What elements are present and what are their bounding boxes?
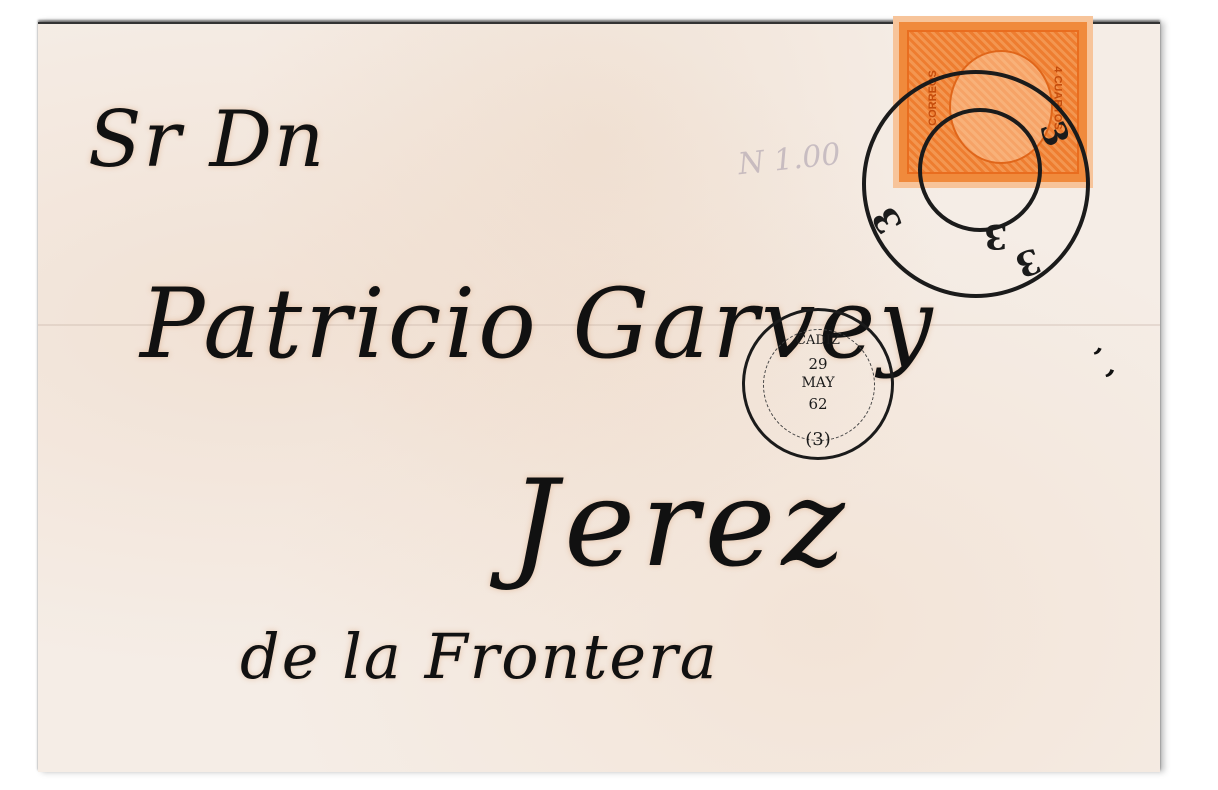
date-postmark: CADIZ 29 MAY 62 (3) (742, 308, 894, 460)
cancel-number: 3 (1031, 116, 1077, 152)
cancel-number: 3 (984, 216, 1008, 256)
city: Jerez (510, 455, 851, 594)
pencil-note: N 1.00 (736, 137, 842, 183)
cancellation-inner-ring (918, 108, 1042, 232)
salutation: Sr Dn (88, 95, 326, 185)
postmark-day: 29 (745, 355, 891, 373)
cancellation-mark: 3 3 3 3 (862, 70, 1090, 298)
postmark-month: MAY (745, 375, 891, 391)
postmark-town: CADIZ (745, 333, 891, 348)
cancel-number: 3 (1010, 239, 1046, 285)
postmark-year: 62 (745, 395, 891, 413)
postmark-code: (3) (745, 429, 891, 450)
region: de la Frontera (240, 620, 719, 693)
